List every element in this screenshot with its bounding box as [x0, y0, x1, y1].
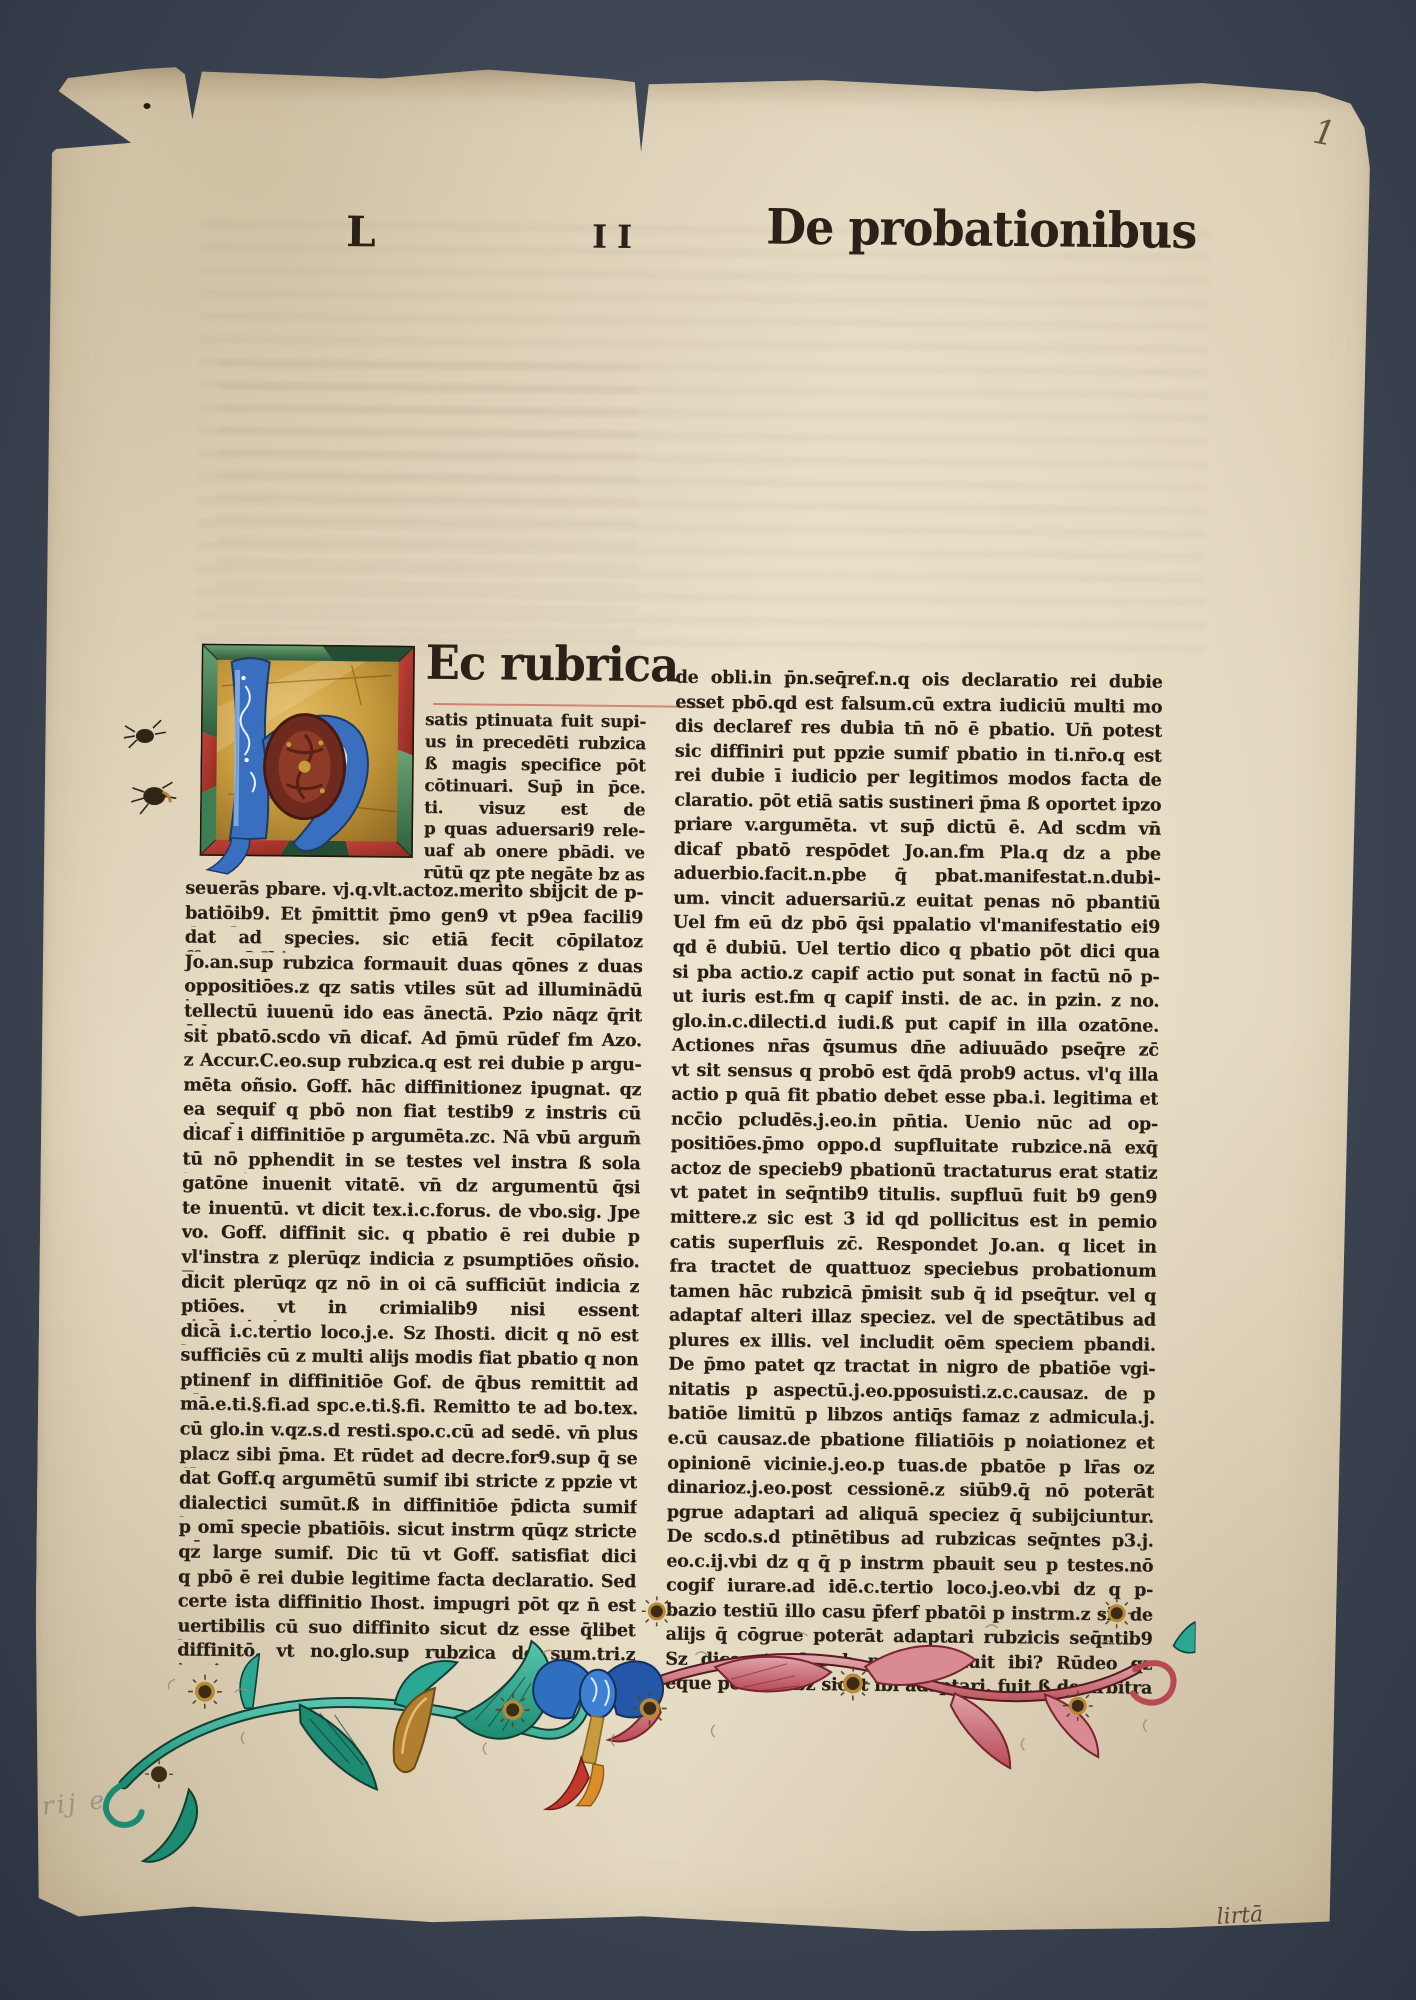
- photo-backdrop: L II De probationibus 1: [0, 0, 1416, 2000]
- incipit-side-lines: satis ptinuata fuit supi-us in precedēti…: [423, 709, 646, 886]
- text-column-left: seuerās pbare. vj.q.vlt.actoz.merito sbi…: [177, 877, 643, 1669]
- marginal-penwork-icon: [122, 714, 203, 835]
- rubric-stroke: [433, 703, 711, 708]
- running-head-title: De probationibus: [766, 198, 1197, 260]
- ink-annotation: lirtā: [1216, 1902, 1264, 1930]
- incipit-heading: Ec rubrica: [425, 635, 678, 693]
- illuminated-initial-h-icon: [199, 644, 416, 878]
- text-line: ß magis specifice pōt sic: [425, 753, 646, 777]
- manuscript-page: L II De probationibus 1: [32, 58, 1371, 1938]
- text-line: cōtinuari. Sup̄ in p̄ce.: [424, 775, 645, 799]
- text-line: ti. visuz est de pfessiōib9: [424, 797, 645, 821]
- running-head-chapter-numeral: II: [592, 218, 642, 257]
- text-column-right: de obli.in p̄n.seq̄ref.n.q ois declarati…: [665, 667, 1163, 1703]
- verso-showthrough: [216, 360, 639, 664]
- wormhole: [143, 103, 150, 109]
- text-line: satis ptinuata fuit supi-: [425, 709, 646, 733]
- floral-border-decoration: [93, 1589, 1196, 1931]
- illuminated-initial: [199, 644, 416, 878]
- text-line: us in precedēti rubzica: [425, 731, 646, 755]
- text-line: uaf ab onere pbādi. ve: [424, 840, 645, 864]
- folio-number: 1: [1310, 112, 1339, 155]
- text-line: p quas aduersari9 rele-: [424, 818, 645, 842]
- running-head-book-numeral: L: [346, 207, 377, 256]
